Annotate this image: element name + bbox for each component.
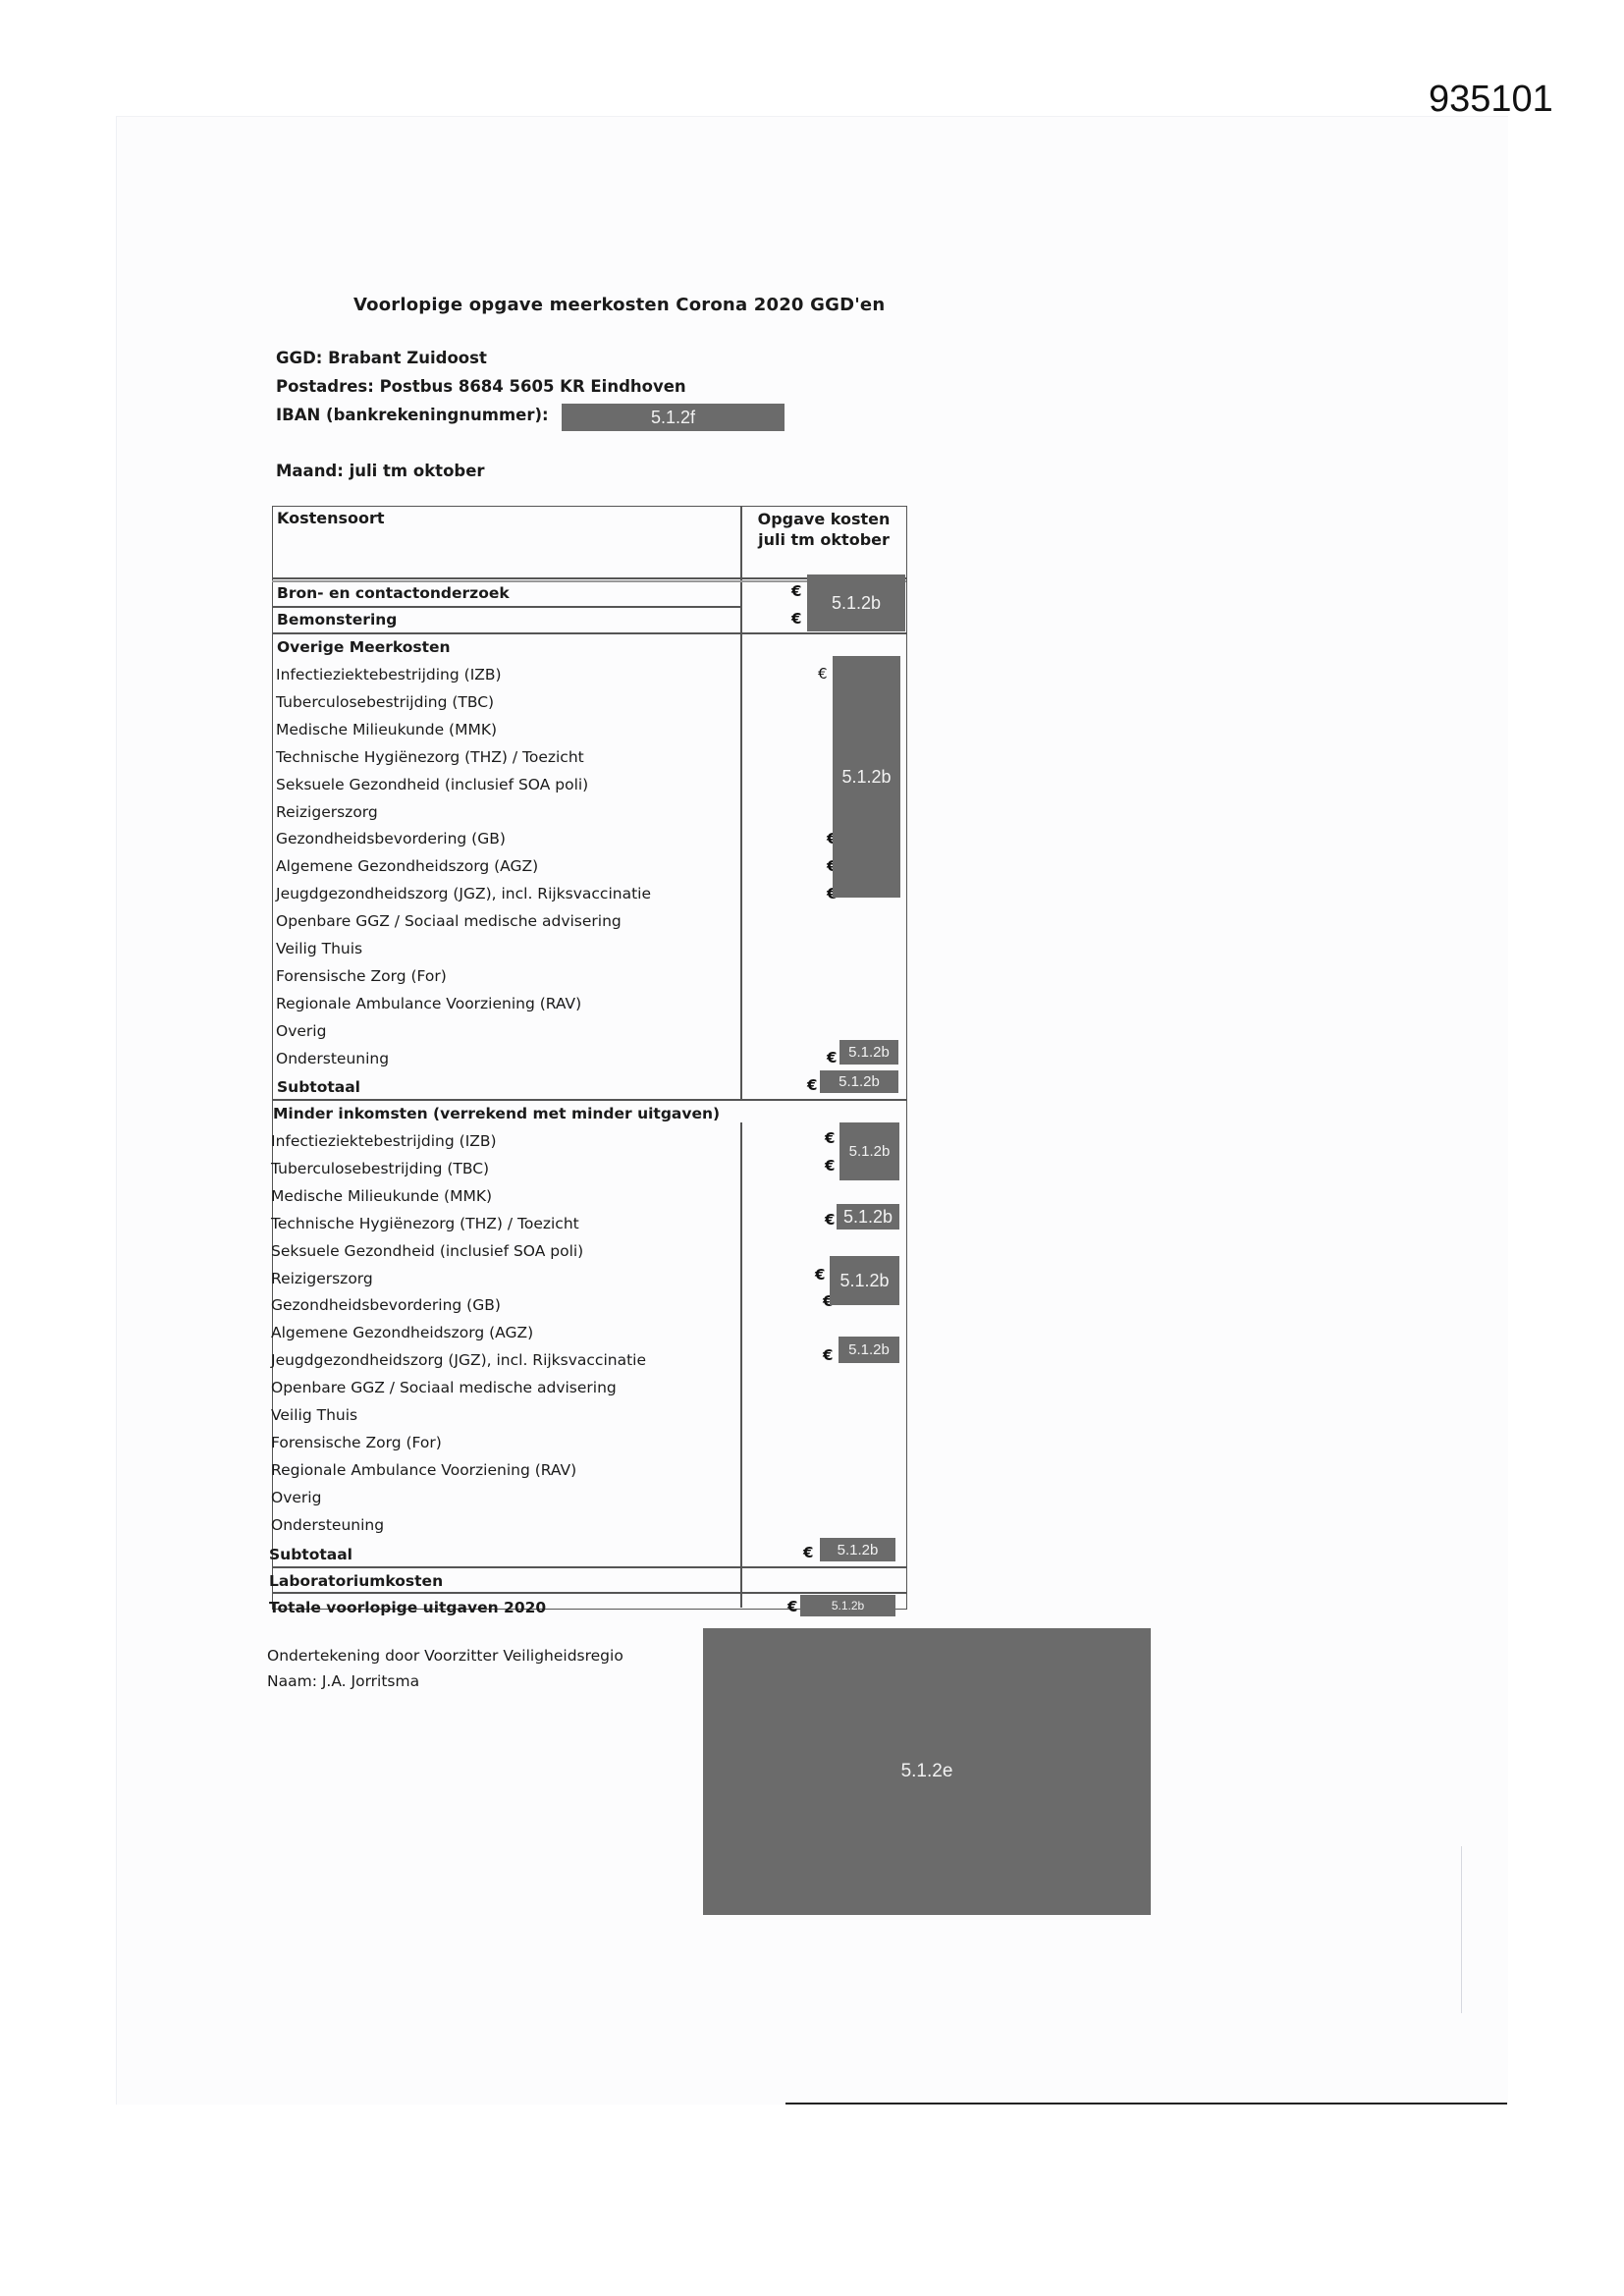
scan-bottom-edge [785, 2103, 1507, 2105]
table-row: Medische Milieukunde (MMK) [276, 720, 497, 739]
euro-sign: € [825, 1129, 835, 1147]
signatory-name: Naam: J.A. Jorritsma [267, 1672, 419, 1690]
row-minder-header: Minder inkomsten (verrekend met minder u… [273, 1104, 720, 1123]
row-bemonstering: Bemonstering [277, 610, 397, 629]
euro-sign: € [825, 1211, 835, 1229]
redaction-overige-block: 5.1.2b [833, 656, 900, 898]
table-row: Infectieziektebestrijding (IZB) [271, 1131, 497, 1151]
redaction-totaal: 5.1.2b [800, 1595, 895, 1616]
table-row: Tuberculosebestrijding (TBC) [276, 692, 494, 712]
span-gap [738, 1101, 744, 1122]
table-row: Veilig Thuis [271, 1405, 357, 1425]
iban-label: IBAN (bankrekeningnummer): [276, 406, 549, 424]
table-row: Tuberculosebestrijding (TBC) [271, 1159, 489, 1178]
table-row: Ondersteuning [271, 1515, 384, 1535]
section-rule [272, 1592, 906, 1594]
table-row: Infectieziektebestrijding (IZB) [276, 665, 502, 684]
table-row: Regionale Ambulance Voorziening (RAV) [276, 994, 581, 1013]
document-number: 935101 [1429, 79, 1553, 121]
table-row: Medische Milieukunde (MMK) [271, 1186, 492, 1206]
euro-sign: € [827, 1049, 837, 1066]
section-rule [272, 1566, 906, 1568]
row-rule [272, 606, 740, 608]
row-overige-subtotaal: Subtotaal [277, 1077, 360, 1097]
scan-artifact-line [1461, 1846, 1462, 2013]
table-row: Algemene Gezondheidszorg (AGZ) [271, 1323, 533, 1342]
table-row: Forensische Zorg (For) [271, 1433, 442, 1452]
euro-sign: € [787, 1598, 797, 1615]
euro-sign: € [791, 582, 801, 600]
euro-sign: € [807, 1076, 817, 1094]
table-row: Reizigerszorg [276, 802, 378, 822]
table-row: Jeugdgezondheidszorg (JGZ), incl. Rijksv… [271, 1350, 646, 1370]
col-header-opgave-line1: Opgave kosten [746, 509, 901, 529]
period: Maand: juli tm oktober [276, 462, 485, 480]
ggd-name: GGD: Brabant Zuidoost [276, 349, 487, 367]
table-row: Overig [276, 1021, 326, 1041]
table-row: Jeugdgezondheidszorg (JGZ), incl. Rijksv… [276, 884, 651, 903]
redaction-minder-izb-tbc: 5.1.2b [839, 1122, 899, 1180]
table-row: Technische Hygiënezorg (THZ) / Toezicht [271, 1214, 579, 1233]
table-row: Ondersteuning [276, 1049, 389, 1068]
table-row: Technische Hygiënezorg (THZ) / Toezicht [276, 747, 584, 767]
table-row: Regionale Ambulance Voorziening (RAV) [271, 1460, 576, 1480]
col-header-opgave: Opgave kosten juli tm oktober [746, 509, 901, 550]
table-row: Reizigerszorg [271, 1269, 373, 1288]
row-bron: Bron- en contactonderzoek [277, 583, 510, 603]
redaction-minder-subtotaal: 5.1.2b [820, 1538, 895, 1561]
euro-sign: € [815, 1266, 825, 1284]
redaction-overige-ondersteuning: 5.1.2b [839, 1040, 898, 1065]
row-totaal: Totale voorlopige uitgaven 2020 [269, 1598, 546, 1617]
row-minder-subtotaal: Subtotaal [269, 1545, 352, 1564]
euro-sign: € [818, 665, 828, 683]
column-divider [740, 506, 742, 1608]
row-overige-header: Overige Meerkosten [277, 637, 451, 657]
redaction-minder-jgz: 5.1.2b [839, 1337, 899, 1363]
redaction-bron-bemonstering: 5.1.2b [807, 574, 905, 631]
row-laboratoriumkosten: Laboratoriumkosten [269, 1571, 443, 1591]
euro-sign: € [823, 1346, 833, 1364]
table-row: Overig [271, 1488, 321, 1507]
postal-address: Postadres: Postbus 8684 5605 KR Eindhove… [276, 377, 686, 396]
col-header-opgave-line2: juli tm oktober [746, 529, 901, 550]
signature-label: Ondertekening door Voorzitter Veiligheid… [267, 1647, 623, 1665]
table-row: Openbare GGZ / Sociaal medische adviseri… [276, 911, 622, 931]
table-row: Gezondheidsbevordering (GB) [271, 1295, 501, 1315]
euro-sign: € [791, 610, 801, 628]
redaction-signature: 5.1.2e [703, 1628, 1151, 1915]
row-rule [272, 632, 906, 634]
table-row: Algemene Gezondheidszorg (AGZ) [276, 856, 538, 876]
table-row: Openbare GGZ / Sociaal medische adviseri… [271, 1378, 617, 1397]
table-row: Seksuele Gezondheid (inclusief SOA poli) [271, 1241, 583, 1261]
euro-sign: € [825, 1157, 835, 1175]
euro-sign: € [803, 1544, 813, 1561]
redaction-minder-reizigers-gb: 5.1.2b [830, 1256, 899, 1305]
iban-redaction: 5.1.2f [562, 404, 785, 431]
redaction-overige-subtotaal: 5.1.2b [820, 1070, 898, 1093]
table-row: Seksuele Gezondheid (inclusief SOA poli) [276, 775, 588, 794]
redaction-minder-thz: 5.1.2b [837, 1204, 899, 1230]
document-title: Voorlopige opgave meerkosten Corona 2020… [353, 295, 885, 315]
table-row: Veilig Thuis [276, 939, 362, 958]
section-rule [272, 1099, 906, 1101]
table-row: Gezondheidsbevordering (GB) [276, 829, 506, 848]
col-header-kostensoort: Kostensoort [277, 509, 385, 527]
table-row: Forensische Zorg (For) [276, 966, 447, 986]
